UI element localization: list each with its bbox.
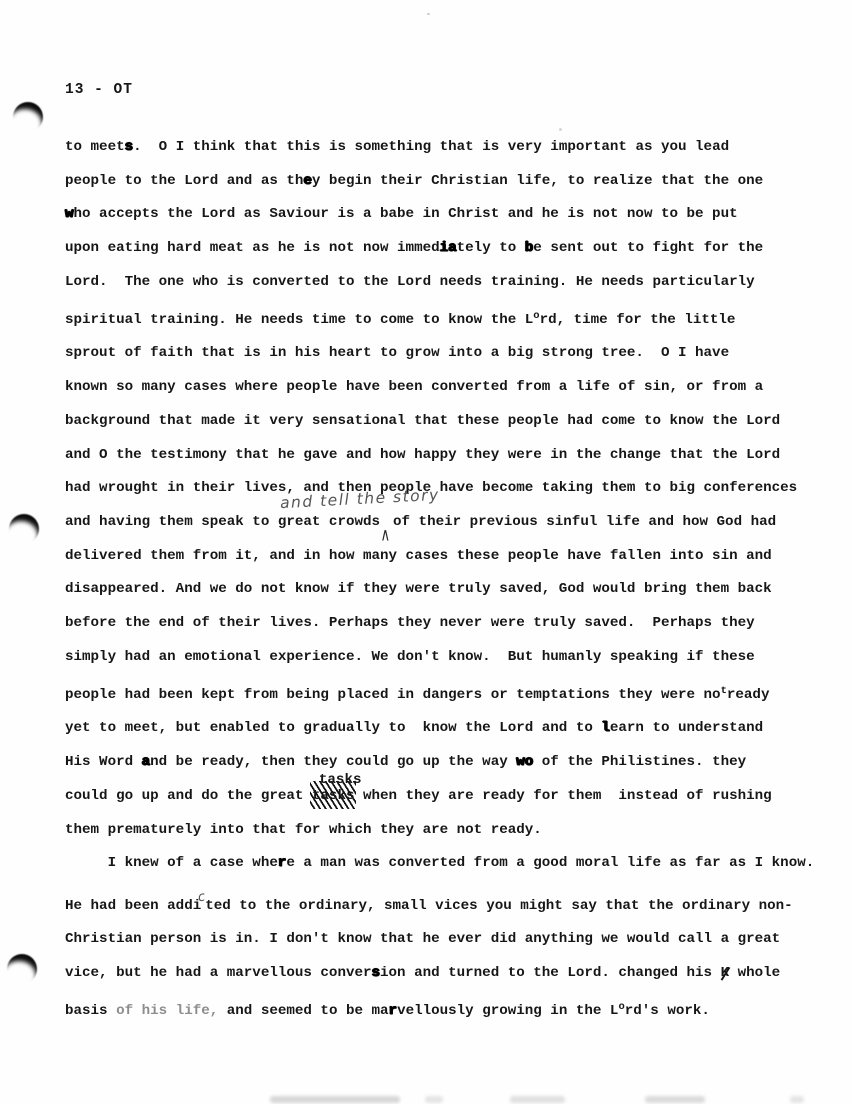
handwritten-insertion: and tell the story∧	[380, 511, 393, 525]
text-segment: of their previous sinful life and how Go…	[393, 514, 776, 530]
text-segment: spiritual training. He needs time to com…	[65, 312, 533, 328]
punch-shadow-highlight	[8, 109, 42, 140]
text-segment: whole	[729, 965, 780, 981]
document-line: them prematurely into that for which the…	[65, 814, 825, 848]
text-segment: vellously growing in the L	[397, 1003, 618, 1019]
text-segment: people to the Lord and as th	[65, 173, 303, 189]
document-line: and O the testimony that he gave and how…	[65, 439, 825, 473]
overstruck-character: ia	[440, 240, 457, 256]
text-segment: vice, but he had a marvellous conver	[65, 965, 372, 981]
document-page: 13 - OT to meets. O I think that this is…	[0, 0, 852, 1104]
document-line: and having them speak to great crowdsand…	[65, 506, 825, 540]
overstruck-character: r	[389, 1003, 398, 1019]
text-segment: He had been addi	[65, 898, 201, 914]
document-line: vice, but he had a marvellous conversion…	[65, 957, 825, 991]
text-segment: His Word	[65, 754, 142, 770]
document-line: upon eating hard meat as he is not now i…	[65, 232, 825, 266]
text-segment: to meet	[65, 139, 125, 155]
document-line: basis of his life, and seemed to be marv…	[65, 991, 825, 1029]
text-segment: y begin their Christian life, to realize…	[312, 173, 763, 189]
overstruck-character: l	[601, 720, 610, 736]
text-segment: upon eating hard meat as he is not now i…	[65, 240, 440, 256]
text-segment: . O I think that this is something that …	[133, 139, 729, 155]
text-segment: rd's work.	[625, 1003, 710, 1019]
text-segment: ted to the ordinary, small vices you mig…	[205, 898, 792, 914]
text-segment: when they are ready for them instead of …	[354, 788, 771, 804]
text-segment: and seemed to be ma	[218, 1003, 388, 1019]
raised-typed-character: o	[533, 310, 539, 322]
overstruck-character: e	[303, 173, 312, 189]
document-line: Christian person is in. I don't know tha…	[65, 923, 825, 957]
slashed-out-character: K	[721, 957, 730, 991]
document-line: could go up and do the great taskstasks …	[65, 780, 825, 814]
text-segment: yet to meet, but enabled to gradually to…	[65, 720, 601, 736]
text-segment: basis	[65, 1003, 116, 1019]
document-line: sprout of faith that is in his heart to …	[65, 337, 825, 371]
document-line: who accepts the Lord as Saviour is a bab…	[65, 198, 825, 232]
raised-typed-character: o	[618, 1001, 624, 1013]
document-line: He had been addicted to the ordinary, sm…	[65, 881, 825, 924]
text-segment: before the end of their lives. Perhaps t…	[65, 615, 755, 631]
document-line: people to the Lord and as they begin the…	[65, 165, 825, 199]
text-segment: delivered them from it, and in how many …	[65, 548, 772, 564]
overstruck-character: a	[142, 754, 151, 770]
overstruck-character: s	[372, 965, 381, 981]
text-segment: Christian person is in. I don't know tha…	[65, 931, 780, 947]
page-number: 13 - OT	[65, 82, 133, 98]
text-segment: ready	[727, 687, 770, 703]
document-line: background that made it very sensational…	[65, 405, 825, 439]
faded-text-smudge	[270, 1096, 810, 1104]
text-segment: e sent out to fight for the	[533, 240, 763, 256]
document-line: disappeared. And we do not know if they …	[65, 573, 825, 607]
overstruck-character: wo	[516, 754, 533, 770]
text-segment: tely to	[457, 240, 525, 256]
document-line: had wrought in their lives, and then peo…	[65, 472, 825, 506]
typed-correction: taskstasks	[312, 780, 355, 814]
paper-speck	[427, 13, 430, 15]
text-segment: rd, time for the little	[540, 312, 736, 328]
text-segment: and O the testimony that he gave and how…	[65, 447, 780, 463]
document-line: people had been kept from being placed i…	[65, 675, 825, 713]
punch-shadow-mark	[13, 102, 43, 132]
text-segment: disappeared. And we do not know if they …	[65, 581, 772, 597]
overstruck-character: s	[125, 139, 134, 155]
document-line: simply had an emotional experience. We d…	[65, 641, 825, 675]
text-segment: ho accepts the Lord as Saviour is a babe…	[74, 206, 738, 222]
faded-text: of his life,	[116, 1003, 218, 1019]
text-segment: ion and turned to the Lord. changed his	[380, 965, 721, 981]
text-segment: earn to understand	[610, 720, 763, 736]
document-line: before the end of their lives. Perhaps t…	[65, 607, 825, 641]
punch-shadow-mark	[7, 954, 37, 984]
text-segment: known so many cases where people have be…	[65, 379, 763, 395]
punch-shadow-highlight	[4, 521, 38, 552]
text-segment: sprout of faith that is in his heart to …	[65, 345, 729, 361]
punch-shadow-mark	[9, 514, 39, 544]
text-segment: simply had an emotional experience. We d…	[65, 649, 755, 665]
raised-typed-character: t	[721, 685, 727, 697]
document-line: I knew of a case where a man was convert…	[65, 847, 825, 881]
text-segment: people had been kept from being placed i…	[65, 687, 721, 703]
overstruck-character: w	[65, 206, 74, 222]
text-segment: background that made it very sensational…	[65, 413, 780, 429]
document-line: spiritual training. He needs time to com…	[65, 300, 825, 338]
document-line: to meets. O I think that this is somethi…	[65, 131, 825, 165]
document-line: yet to meet, but enabled to gradually to…	[65, 712, 825, 746]
document-line: His Word and be ready, then they could g…	[65, 746, 825, 780]
text-segment: e a man was converted from a good moral …	[286, 855, 814, 871]
struck-out-word: tasks	[312, 780, 355, 814]
document-line: Lord. The one who is converted to the Lo…	[65, 266, 825, 300]
punch-shadow-highlight	[2, 961, 36, 992]
document-line: known so many cases where people have be…	[65, 371, 825, 405]
document-body: to meets. O I think that this is somethi…	[65, 131, 825, 1029]
document-line: delivered them from it, and in how many …	[65, 540, 825, 574]
text-segment: could go up and do the great	[65, 788, 312, 804]
text-segment: I knew of a case whe	[65, 855, 278, 871]
text-segment: of the Philistines. they	[533, 754, 746, 770]
text-segment: Lord. The one who is converted to the Lo…	[65, 274, 755, 290]
text-segment: them prematurely into that for which the…	[65, 822, 542, 838]
